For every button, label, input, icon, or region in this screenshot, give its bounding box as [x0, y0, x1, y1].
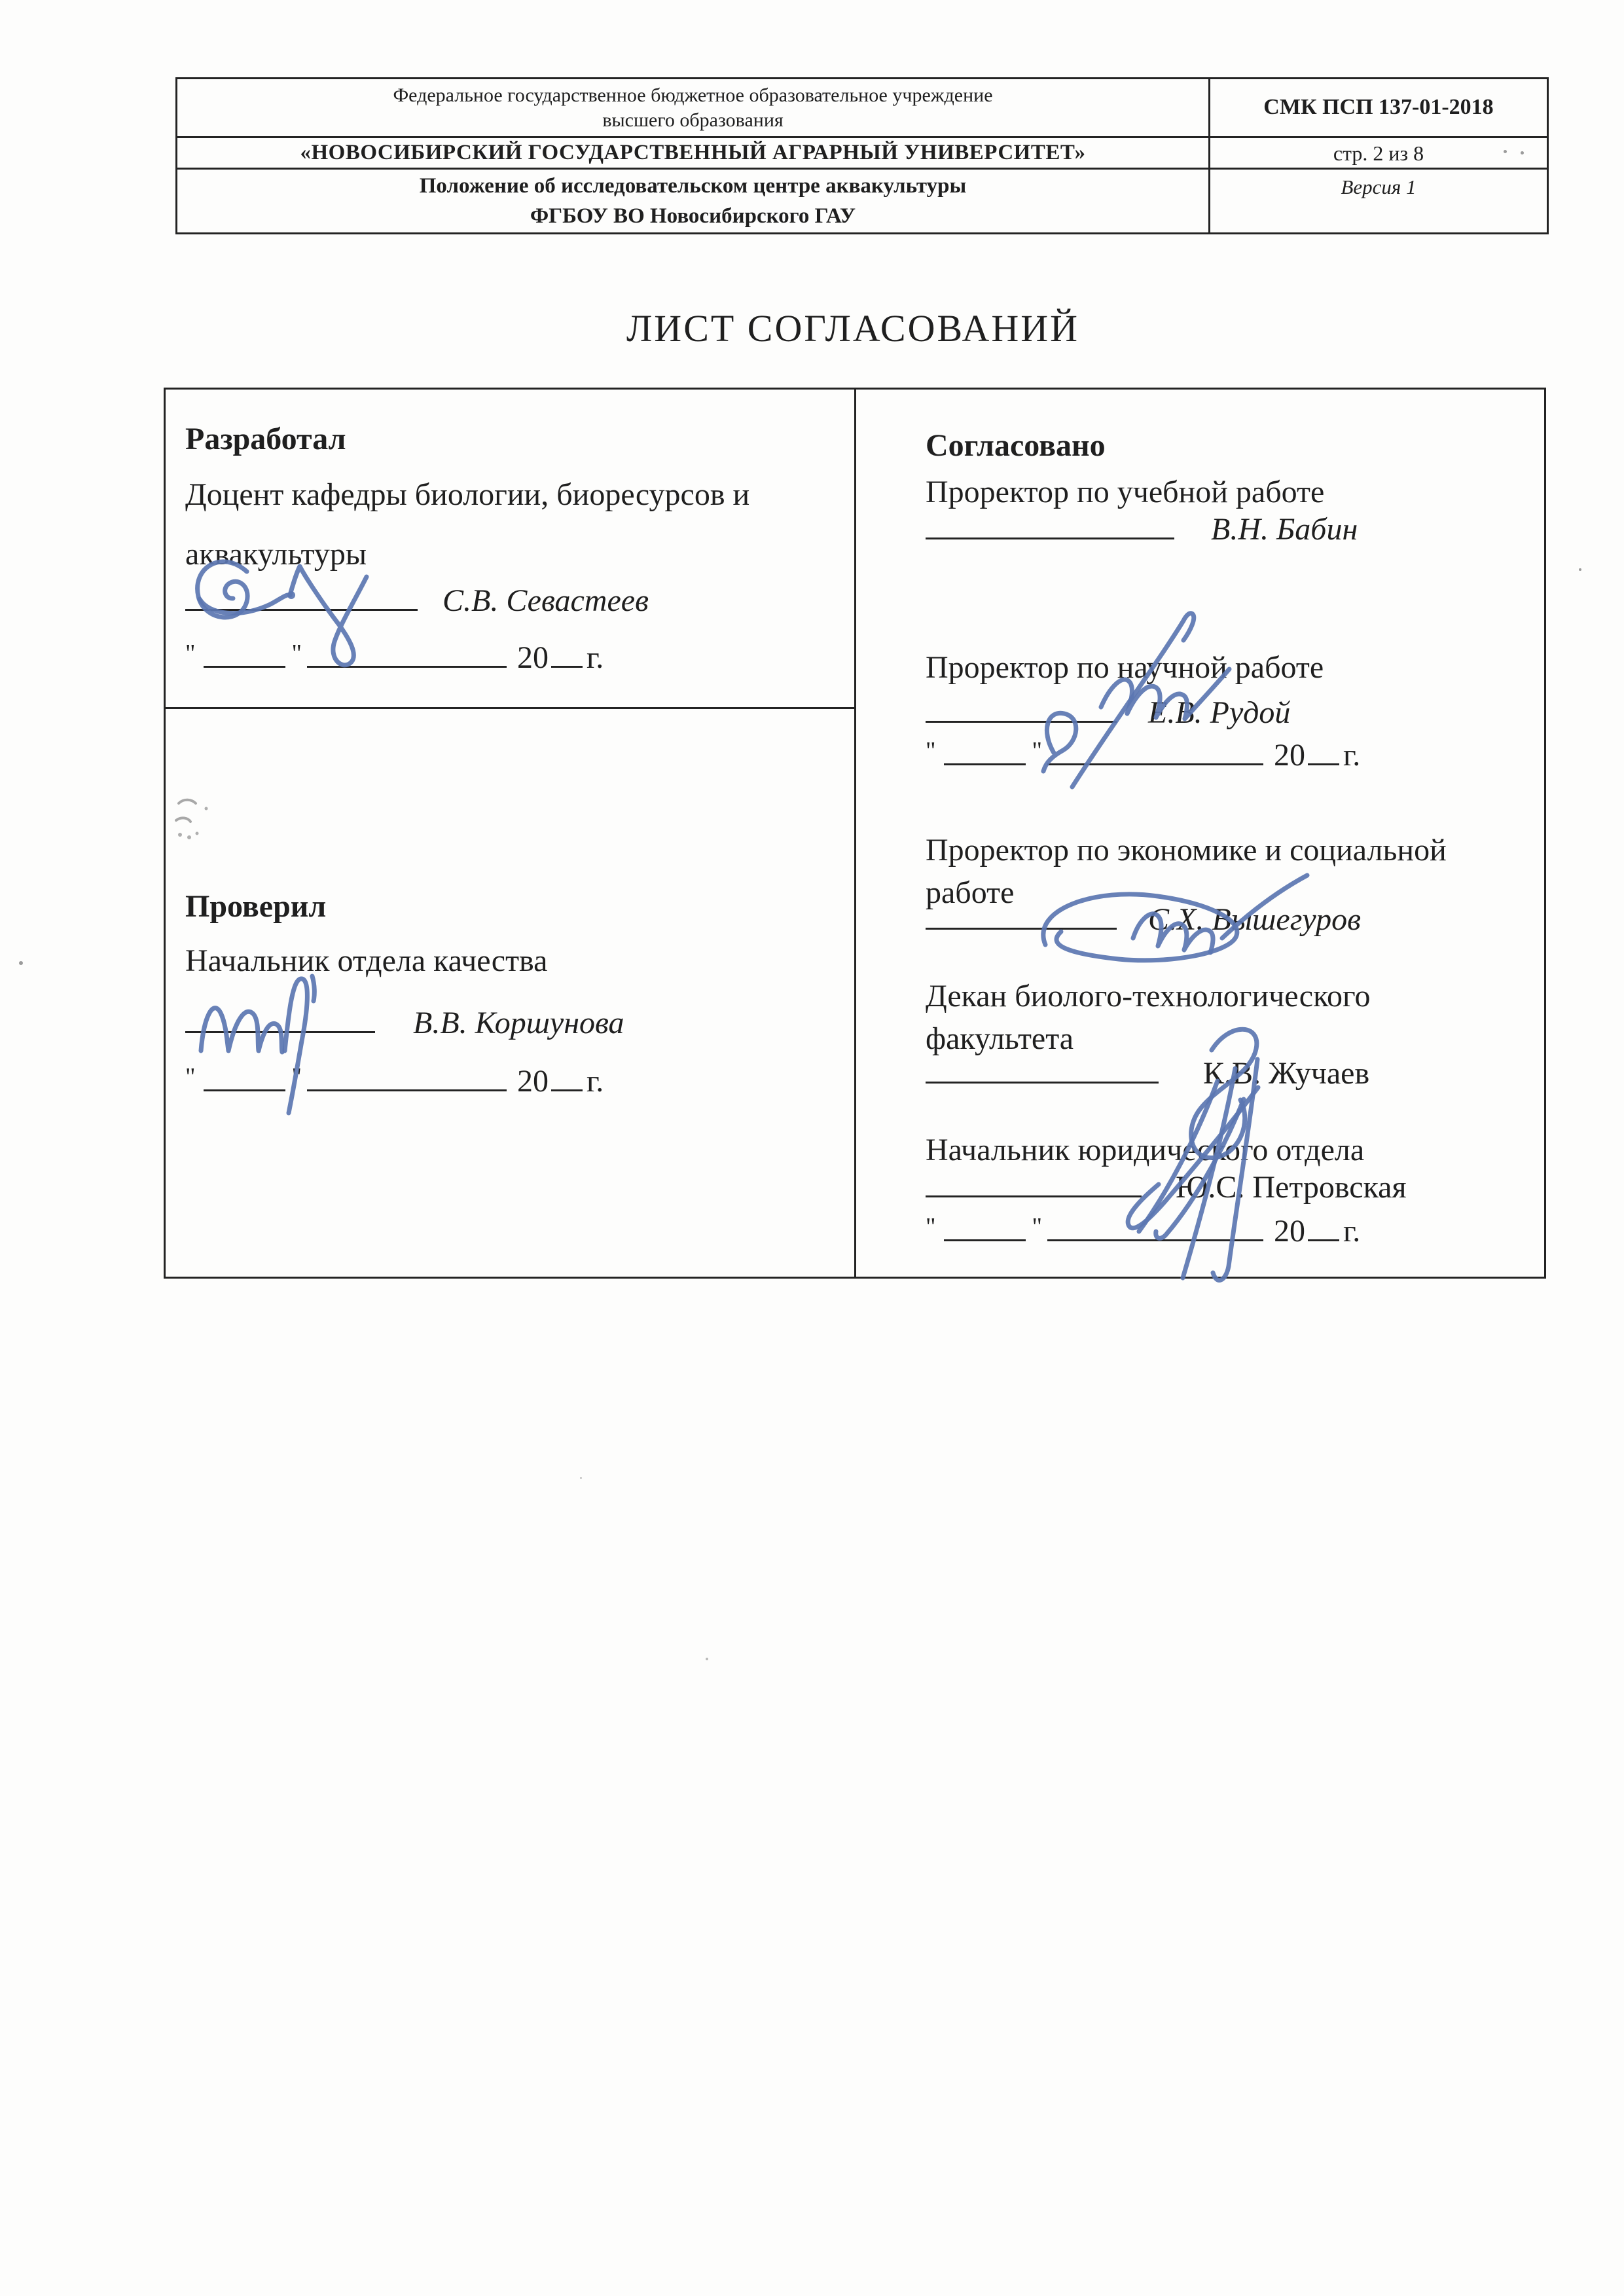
signature-line	[185, 1004, 375, 1033]
agreed-position: Проректор по учебной работе	[926, 474, 1531, 510]
date-blank	[204, 638, 285, 668]
document-code: СМК ПСП 137-01-2018	[1263, 94, 1493, 122]
signer-name: К.В. Жучаев	[1203, 1056, 1369, 1091]
date-placeholder-line: ""20г.	[926, 1209, 1531, 1249]
developed-cell: Разработал Доцент кафедры биологии, биор…	[166, 390, 854, 709]
document-title-line: ФГБОУ ВО Новосибирского ГАУ	[530, 201, 856, 231]
approval-table: Разработал Доцент кафедры биологии, биор…	[164, 388, 1546, 1279]
date-placeholder-line: ""20г.	[185, 1059, 837, 1099]
agreed-position: Начальник юридического отдела	[926, 1132, 1531, 1168]
developed-position: Доцент кафедры биологии, биоресурсов и	[185, 477, 837, 513]
agreed-position: факультета	[926, 1021, 1531, 1057]
date-placeholder-line: ""20г.	[185, 636, 837, 676]
agreed-position: Декан биолого-технологического	[926, 978, 1531, 1014]
year-suffix: г.	[586, 640, 604, 675]
quote-mark: "	[926, 1213, 937, 1241]
signature-line	[926, 510, 1174, 539]
year-suffix: г.	[1343, 738, 1360, 773]
quote-mark: "	[1032, 737, 1044, 765]
document-title-line: Положение об исследовательском центре ак…	[420, 171, 966, 201]
quote-mark: "	[292, 640, 304, 667]
developed-heading: Разработал	[185, 421, 837, 457]
scan-speck	[580, 1477, 582, 1479]
agreed-position: Проректор по научной работе	[926, 649, 1531, 685]
signature-line	[926, 1168, 1142, 1197]
university-name: «НОВОСИБИРСКИЙ ГОСУДАРСТВЕННЫЙ АГРАРНЫЙ …	[300, 139, 1085, 166]
date-blank	[1047, 736, 1263, 765]
signature-line	[926, 900, 1117, 930]
scan-speck	[1579, 568, 1581, 571]
header-organization-cell: Федеральное государственное бюджетное об…	[177, 79, 1208, 138]
year-prefix: 20	[517, 1064, 549, 1099]
agreed-heading: Согласовано	[926, 428, 1531, 464]
organization-line: высшего образования	[602, 108, 783, 133]
header-university-cell: «НОВОСИБИРСКИЙ ГОСУДАРСТВЕННЫЙ АГРАРНЫЙ …	[177, 138, 1208, 170]
date-blank	[551, 1062, 583, 1091]
quote-mark: "	[926, 737, 937, 765]
signer-name: С.В. Севастеев	[442, 583, 649, 618]
scanned-approval-sheet-page: Федеральное государственное бюджетное об…	[0, 0, 1624, 2296]
signature-line	[926, 693, 1117, 723]
header-document-title-cell: Положение об исследовательском центре ак…	[177, 170, 1208, 232]
signer-name: Ю.С. Петровская	[1176, 1170, 1407, 1205]
checked-heading: Проверил	[185, 888, 837, 924]
version-label: Версия 1	[1341, 175, 1416, 200]
agreed-column: Согласовано Проректор по учебной работе …	[856, 390, 1544, 1277]
signature-line-row: В.В. Коршунова	[185, 1004, 837, 1041]
scan-speck	[1504, 150, 1507, 153]
date-blank	[204, 1062, 285, 1091]
approval-left-column: Разработал Доцент кафедры биологии, биор…	[166, 390, 856, 1277]
date-placeholder-line: ""20г.	[926, 733, 1531, 773]
date-blank	[944, 1212, 1026, 1241]
signature-line-row: В.Н. Бабин	[926, 510, 1531, 547]
signature-line-row: С.Х. Вышегуров	[926, 900, 1531, 938]
date-blank	[1308, 1212, 1339, 1241]
signature-line-row: Е.В. Рудой	[926, 693, 1531, 731]
checked-position: Начальник отдела качества	[185, 943, 837, 979]
date-blank	[944, 736, 1026, 765]
date-blank	[307, 1062, 507, 1091]
page-number-cell: стр. 2 из 8	[1208, 138, 1547, 170]
agreed-position: Проректор по экономике и социальной	[926, 832, 1531, 868]
signature-line-row: Ю.С. Петровская	[926, 1168, 1531, 1205]
scan-speck	[1521, 151, 1524, 155]
document-code-cell: СМК ПСП 137-01-2018	[1208, 79, 1547, 138]
scan-speck	[19, 961, 23, 965]
year-suffix: г.	[1343, 1214, 1360, 1248]
year-prefix: 20	[517, 640, 549, 675]
date-blank	[551, 638, 583, 668]
signer-name: В.В. Коршунова	[413, 1006, 624, 1040]
quote-mark: "	[292, 1063, 304, 1091]
quote-mark: "	[185, 1063, 197, 1091]
developed-position: аквакультуры	[185, 536, 837, 572]
year-prefix: 20	[1274, 738, 1305, 773]
page-title: ЛИСТ СОГЛАСОВАНИЙ	[164, 306, 1542, 350]
date-blank	[307, 638, 507, 668]
document-header-table: Федеральное государственное бюджетное об…	[175, 77, 1549, 234]
signature-line	[926, 1054, 1159, 1084]
pencil-smudge-artifact	[167, 789, 232, 854]
signature-line	[185, 581, 418, 611]
date-blank	[1047, 1212, 1263, 1241]
organization-line: Федеральное государственное бюджетное об…	[393, 83, 992, 108]
checked-cell: Проверил Начальник отдела качества В.В. …	[166, 709, 854, 1277]
year-prefix: 20	[1274, 1214, 1305, 1248]
quote-mark: "	[185, 640, 197, 667]
signer-name: Е.В. Рудой	[1148, 695, 1290, 730]
year-suffix: г.	[586, 1064, 604, 1099]
signature-line-row: К.В. Жучаев	[926, 1054, 1531, 1091]
quote-mark: "	[1032, 1213, 1044, 1241]
signer-name: С.Х. Вышегуров	[1148, 902, 1361, 937]
signer-name: В.Н. Бабин	[1211, 512, 1358, 547]
page-number: стр. 2 из 8	[1333, 140, 1424, 166]
signature-line-row: С.В. Севастеев	[185, 581, 837, 619]
date-blank	[1308, 736, 1339, 765]
version-cell: Версия 1	[1208, 170, 1547, 232]
scan-speck	[706, 1658, 708, 1660]
